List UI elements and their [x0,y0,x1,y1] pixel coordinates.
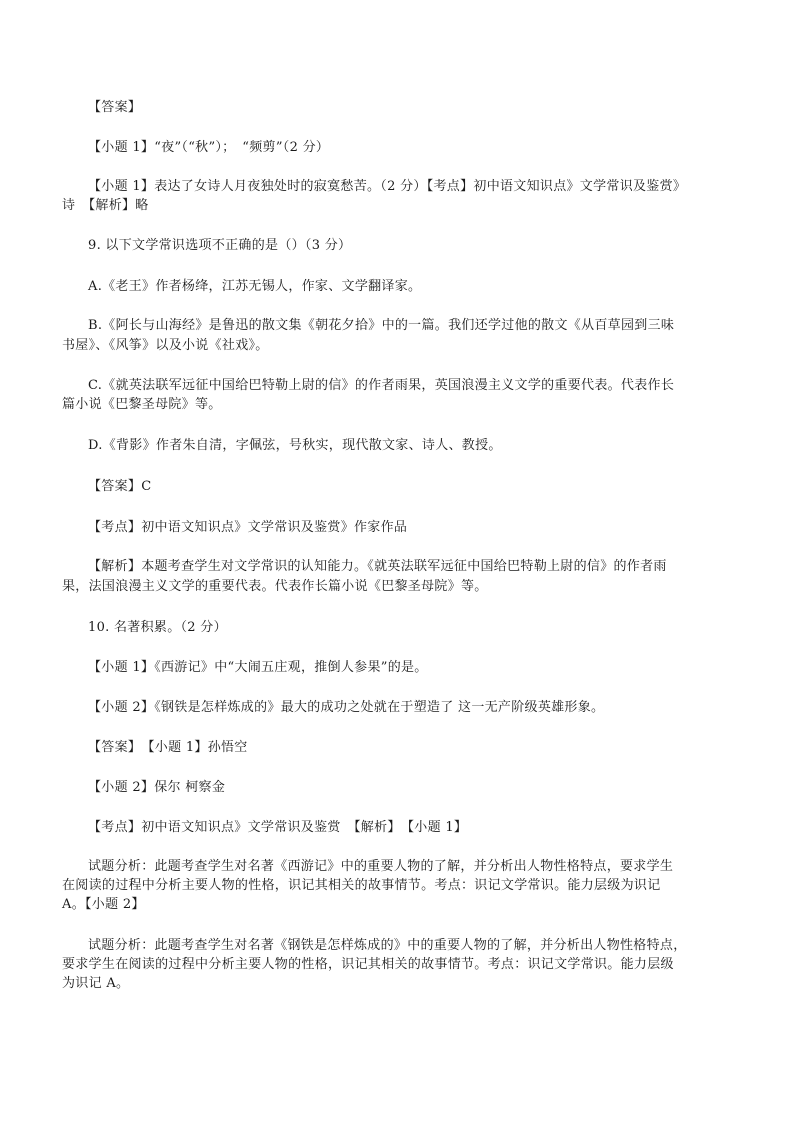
text-line: 【小题 1】表达了女诗人月夜独处时的寂寞愁苦。（2 分）【考点】初中语文知识点》… [88,177,686,196]
text-line: 9. 以下文学常识选项不正确的是（）（3 分） [88,236,351,255]
text-line: A。【小题 2】 [62,895,145,914]
text-line: 果，法国浪漫主义文学的重要代表。代表作长篇小说《巴黎圣母院》等。 [62,577,488,596]
text-line: 【小题 1】“夜”（“秋”）； “频剪”（2 分） [88,138,329,157]
text-line: 为识记 A。 [62,974,129,993]
text-line: 【小题 1】《西游记》中“大闹五庄观，推倒人参果”的是。 [88,658,428,677]
text-line: C.《就英法联军远征中国给巴特勒上尉的信》的作者雨果，英国浪漫主义文学的重要代表… [88,376,674,395]
text-line: 在阅读的过程中分析主要人物的性格，识记其相关的故事情节。考点：识记文学常识。能力… [62,876,661,895]
text-line: 【小题 2】保尔 柯察金 [88,778,225,797]
text-line: 【小题 2】《钢铁是怎样炼成的》最大的成功之处就在于塑造了 这一无产阶级英雄形象… [88,698,604,717]
text-line: 要求学生在阅读的过程中分析主要人物的性格，识记其相关的故事情节。考点：识记文学常… [62,955,674,974]
text-line: B.《阿长与山海经》是鲁迅的散文集《朝花夕拾》中的一篇。我们还学过他的散文《从百… [88,316,674,335]
text-line: 【答案】 [88,98,141,117]
text-line: 【答案】 【小题 1】孙悟空 [88,738,248,757]
text-line: 试题分析：此题考查学生对名著《西游记》中的重要人物的了解，并分析出人物性格特点，… [88,857,673,876]
text-line: 书屋》、《风筝》以及小说《社戏》。 [62,336,269,355]
text-line: 试题分析：此题考查学生对名著《钢铁是怎样炼成的》中的重要人物的了解，并分析出人物… [88,936,687,955]
text-line: 【考点】初中语文知识点》文学常识及鉴赏》作家作品 [88,518,407,537]
text-line: 篇小说《巴黎圣母院》等。 [62,395,222,414]
text-line: 诗 【解析】略 [62,196,149,215]
text-line: D.《背影》作者朱自清，字佩弦，号秋实，现代散文家、诗人、教授。 [88,436,502,455]
text-line: 【考点】初中语文知识点》文学常识及鉴赏 【解析】 【小题 1】 [88,818,467,837]
text-line: A.《老王》作者杨绛，江苏无锡人，作家、文学翻译家。 [88,277,421,296]
text-line: 【解析】本题考查学生对文学常识的认知能力。《就英法联军远征中国给巴特勒上尉的信》… [88,557,667,576]
text-line: 10. 名著积累。（2 分） [88,618,227,637]
text-line: 【答案】C [88,477,151,496]
